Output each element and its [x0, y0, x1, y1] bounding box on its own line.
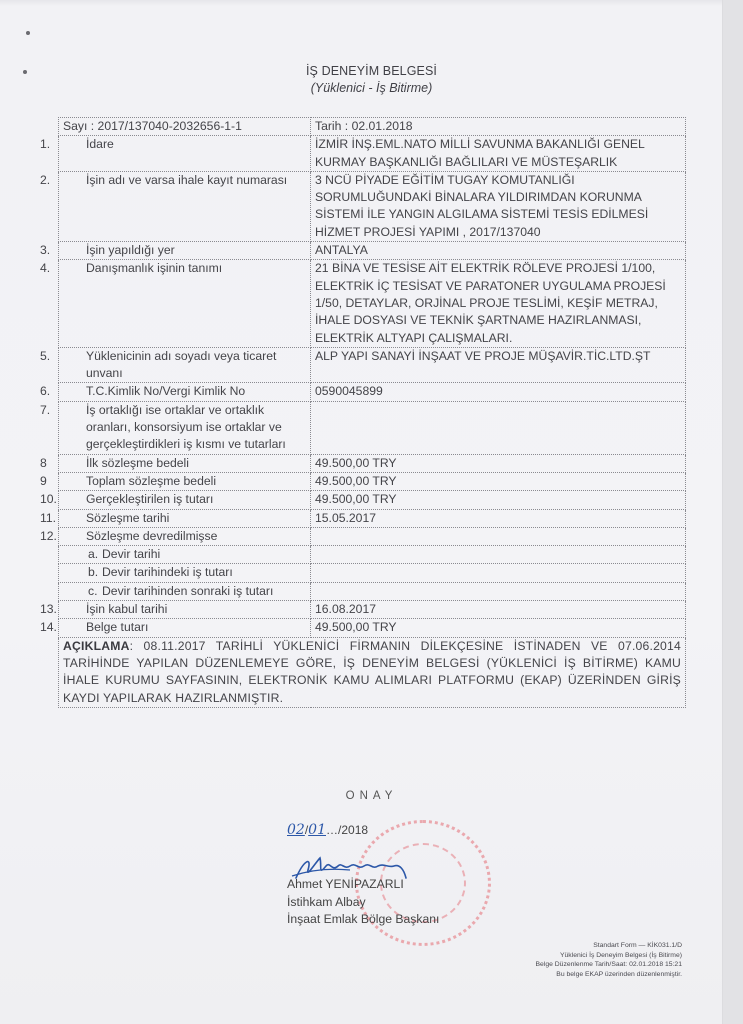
footer-issue-datetime: Belge Düzenlenme Tarih/Saat: 02.01.2018 … — [536, 960, 683, 970]
punch-hole-mark — [26, 31, 30, 35]
row-label-cell: 2.İşin adı ve varsa ihale kayıt numarası — [59, 171, 311, 241]
row-number: 5. — [63, 348, 86, 365]
tarih-cell: Tarih : 02.01.2018 — [311, 118, 686, 136]
row-value-cell: ALP YAPI SANAYİ İNŞAAT VE PROJE MÜŞAVİR.… — [311, 347, 686, 383]
document-header: İŞ DENEYİM BELGESİ (Yüklenici - İş Bitir… — [0, 64, 743, 95]
table-row: 11.Sözleşme tarihi15.05.2017 — [59, 509, 686, 527]
row-label-cell: 12.Sözleşme devredilmişse — [59, 527, 311, 545]
row-label-cell: a.Devir tarihi — [59, 546, 311, 564]
row-label-cell: b.Devir tarihindeki iş tutarı — [59, 564, 311, 582]
note-row: AÇIKLAMA: 08.11.2017 TARİHLİ YÜKLENİCİ F… — [59, 637, 686, 707]
table-row: 6.T.C.Kimlik No/Vergi Kimlik No059004589… — [59, 383, 686, 401]
row-label: Devir tarihindeki iş tutarı — [102, 565, 233, 579]
table-row: 7.İş ortaklığı ise ortaklar ve ortaklık … — [59, 401, 686, 454]
date-year: 2018 — [341, 823, 368, 837]
table-row: 13.İşin kabul tarihi16.08.2017 — [59, 601, 686, 619]
experience-certificate-table: Sayı : 2017/137040-2032656-1-1 Tarih : 0… — [58, 117, 686, 708]
row-number: 10. — [63, 491, 86, 508]
table-row: 5.Yüklenicinin adı soyadı veya ticaret u… — [59, 347, 686, 383]
scan-edge — [722, 0, 743, 1024]
row-number: 13. — [63, 601, 86, 618]
table-row: 1.İdareİZMİR İNŞ.EML.NATO MİLLİ SAVUNMA … — [59, 136, 686, 172]
row-value-cell: ANTALYA — [311, 242, 686, 260]
row-label: Danışmanlık işinin tanımı — [86, 261, 222, 275]
row-label: Sözleşme tarihi — [86, 511, 169, 525]
row-label: Belge tutarı — [86, 620, 148, 634]
row-label: Gerçekleştirilen iş tutarı — [86, 492, 213, 506]
note-label: AÇIKLAMA — [63, 639, 130, 653]
row-label-cell: 7.İş ortaklığı ise ortaklar ve ortaklık … — [59, 401, 311, 454]
row-value-cell: İZMİR İNŞ.EML.NATO MİLLİ SAVUNMA BAKANLI… — [311, 136, 686, 172]
row-label-cell: 3.İşin yapıldığı yer — [59, 242, 311, 260]
row-value-cell: 21 BİNA VE TESİSE AİT ELEKTRİK RÖLEVE PR… — [311, 260, 686, 347]
table-row: 12.Sözleşme devredilmişse — [59, 527, 686, 545]
note-cell: AÇIKLAMA: 08.11.2017 TARİHLİ YÜKLENİCİ F… — [59, 637, 686, 707]
row-label: T.C.Kimlik No/Vergi Kimlik No — [86, 384, 245, 398]
signer-block: Ahmet YENİPAZARLI İstihkam Albay İnşaat … — [287, 876, 439, 929]
row-number: 12. — [63, 528, 86, 545]
row-label: Toplam sözleşme bedeli — [86, 474, 216, 488]
row-label: İşin adı ve varsa ihale kayıt numarası — [86, 173, 287, 187]
row-value-cell: 16.08.2017 — [311, 601, 686, 619]
table-row: 8İlk sözleşme bedeli49.500,00 TRY — [59, 454, 686, 472]
row-value-cell: 3 NCÜ PİYADE EĞİTİM TUGAY KOMUTANLIĞI SO… — [311, 171, 686, 241]
table-row: 4.Danışmanlık işinin tanımı21 BİNA VE TE… — [59, 260, 686, 347]
row-label: İdare — [86, 137, 114, 151]
signer-name: Ahmet YENİPAZARLI — [287, 876, 439, 894]
footer-form-code: Standart Form — KİK031.1/D — [536, 941, 683, 951]
table-header-row: Sayı : 2017/137040-2032656-1-1 Tarih : 0… — [59, 118, 686, 136]
row-number: c. — [88, 583, 102, 600]
row-label: İşin yapıldığı yer — [86, 243, 175, 257]
row-label: Devir tarihinden sonraki iş tutarı — [102, 584, 273, 598]
row-value-cell: 49.500,00 TRY — [311, 472, 686, 490]
table-row: 3.İşin yapıldığı yerANTALYA — [59, 242, 686, 260]
row-number: 8 — [63, 455, 86, 472]
row-number: 6. — [63, 383, 86, 400]
row-label: İşin kabul tarihi — [86, 602, 167, 616]
row-number: 3. — [63, 242, 86, 259]
date-separator: …/ — [326, 823, 341, 837]
row-label-cell: 13.İşin kabul tarihi — [59, 601, 311, 619]
form-footer: Standart Form — KİK031.1/D Yüklenici İş … — [536, 941, 683, 979]
row-value-cell: 49.500,00 TRY — [311, 491, 686, 509]
row-label-cell: c.Devir tarihinden sonraki iş tutarı — [59, 582, 311, 600]
row-label-cell: 1.İdare — [59, 136, 311, 172]
table-row: 2.İşin adı ve varsa ihale kayıt numarası… — [59, 171, 686, 241]
row-label-cell: 5.Yüklenicinin adı soyadı veya ticaret u… — [59, 347, 311, 383]
row-label-cell: 10.Gerçekleştirilen iş tutarı — [59, 491, 311, 509]
table-row: b.Devir tarihindeki iş tutarı — [59, 564, 686, 582]
row-label-cell: 11.Sözleşme tarihi — [59, 509, 311, 527]
document-subtitle: (Yüklenici - İş Bitirme) — [0, 81, 743, 95]
row-value-cell: 15.05.2017 — [311, 509, 686, 527]
handwritten-month: 01 — [308, 822, 326, 838]
row-label: Sözleşme devredilmişse — [86, 529, 217, 543]
row-label-cell: 4.Danışmanlık işinin tanımı — [59, 260, 311, 347]
row-number: a. — [88, 546, 102, 563]
table-row: 10.Gerçekleştirilen iş tutarı49.500,00 T… — [59, 491, 686, 509]
document-page: İŞ DENEYİM BELGESİ (Yüklenici - İş Bitir… — [0, 0, 722, 1024]
footer-ekap-note: Bu belge EKAP üzerinden düzenlenmiştir. — [536, 970, 683, 980]
row-value-cell: 49.500,00 TRY — [311, 619, 686, 637]
signer-rank: İstihkam Albay — [287, 894, 439, 912]
row-number: b. — [88, 564, 102, 581]
handwritten-day: 02 — [287, 822, 305, 838]
table-row: c.Devir tarihinden sonraki iş tutarı — [59, 582, 686, 600]
row-value-cell — [311, 546, 686, 564]
row-value-cell — [311, 527, 686, 545]
row-value-cell — [311, 564, 686, 582]
approval-date: 02/01…/2018 — [287, 822, 368, 838]
row-label-cell: 6.T.C.Kimlik No/Vergi Kimlik No — [59, 383, 311, 401]
row-number: 9 — [63, 473, 86, 490]
footer-form-name: Yüklenici İş Deneyim Belgesi (İş Bitirme… — [536, 951, 683, 961]
sayi-cell: Sayı : 2017/137040-2032656-1-1 — [59, 118, 311, 136]
row-value-cell — [311, 582, 686, 600]
approval-heading: ONAY — [0, 790, 743, 802]
row-value-cell — [311, 401, 686, 454]
row-label: İlk sözleşme bedeli — [86, 456, 189, 470]
row-label-cell: 8İlk sözleşme bedeli — [59, 454, 311, 472]
note-text: : 08.11.2017 TARİHLİ YÜKLENİCİ FİRMANIN … — [63, 639, 681, 705]
row-number: 4. — [63, 260, 86, 277]
row-label: Devir tarihi — [102, 547, 160, 561]
row-label: Yüklenicinin adı soyadı veya ticaret unv… — [86, 349, 276, 380]
row-number: 2. — [63, 172, 86, 189]
signer-title: İnşaat Emlak Bölge Başkanı — [287, 911, 439, 929]
table-row: 14.Belge tutarı49.500,00 TRY — [59, 619, 686, 637]
row-value-cell: 0590045899 — [311, 383, 686, 401]
row-value-cell: 49.500,00 TRY — [311, 454, 686, 472]
row-number: 14. — [63, 619, 86, 636]
row-number: 1. — [63, 136, 86, 153]
table-row: a.Devir tarihi — [59, 546, 686, 564]
row-label: İş ortaklığı ise ortaklar ve ortaklık or… — [86, 403, 286, 452]
document-title: İŞ DENEYİM BELGESİ — [0, 64, 743, 78]
row-label-cell: 9Toplam sözleşme bedeli — [59, 472, 311, 490]
table-row: 9Toplam sözleşme bedeli49.500,00 TRY — [59, 472, 686, 490]
row-number: 7. — [63, 402, 86, 419]
row-label-cell: 14.Belge tutarı — [59, 619, 311, 637]
row-number: 11. — [63, 510, 86, 527]
